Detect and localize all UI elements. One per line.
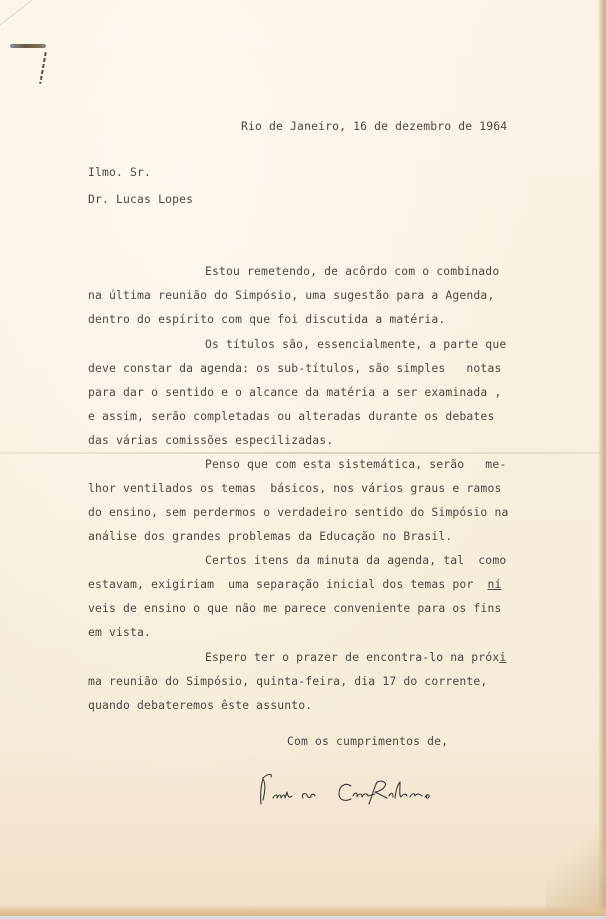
paragraph-line: das várias comissões especilizadas. bbox=[88, 433, 333, 447]
paragraph-line-with-underline: estavam, exigiriam uma separação inicial… bbox=[88, 577, 501, 591]
paragraph-line: Certos itens da minuta da agenda, tal co… bbox=[205, 553, 506, 567]
paragraph-line-text: Espero ter o prazer de encontra-lo na pr… bbox=[205, 650, 499, 664]
staple-mark-icon bbox=[10, 44, 46, 48]
paragraph-line: do ensino, sem perdermos o verdadeiro se… bbox=[88, 505, 508, 519]
letter-page: Rio de Janeiro, 16 de dezembro de 1964 I… bbox=[0, 0, 606, 919]
paragraph-line: em vista. bbox=[88, 625, 151, 639]
paragraph-line: dentro do espírito com que foi discutida… bbox=[88, 312, 445, 326]
staple-tear-icon bbox=[39, 52, 47, 84]
curled-corner bbox=[546, 809, 606, 919]
fold-crease bbox=[0, 452, 606, 454]
paragraph-line-text: estavam, exigiriam uma separação inicial… bbox=[88, 577, 487, 591]
diagonal-crease bbox=[0, 0, 91, 41]
handwritten-signature-icon bbox=[257, 770, 472, 810]
paragraph-line: deve constar da agenda: os sub-títulos, … bbox=[88, 361, 501, 375]
paragraph-line: quando debateremos êste assunto. bbox=[88, 698, 312, 712]
paragraph-line: ma reunião do Simpósio, quinta-feira, di… bbox=[88, 674, 487, 688]
paragraph-line: Estou remetendo, de acôrdo com o combina… bbox=[205, 264, 499, 278]
paragraph-line: na última reunião do Simpósio, uma suges… bbox=[88, 288, 494, 302]
underlined-fragment: ní bbox=[487, 577, 501, 591]
date-line: Rio de Janeiro, 16 de dezembro de 1964 bbox=[241, 119, 507, 133]
paragraph-line: veis de ensino o que não me parece conve… bbox=[88, 601, 501, 615]
paragraph-line: Os títulos são, essencialmente, a parte … bbox=[205, 337, 506, 351]
recipient-salutation: Ilmo. Sr. bbox=[88, 165, 151, 179]
paragraph-line: análise dos grandes problemas da Educaçã… bbox=[88, 529, 452, 543]
paragraph-line: para dar o sentido e o alcance da matéri… bbox=[88, 385, 501, 399]
underlined-fragment: i bbox=[499, 650, 506, 664]
paragraph-line-with-underline: Espero ter o prazer de encontra-lo na pr… bbox=[205, 650, 506, 664]
paragraph-line: e assim, serão completadas ou alteradas … bbox=[88, 409, 494, 423]
closing-line: Com os cumprimentos de, bbox=[287, 734, 448, 748]
recipient-name: Dr. Lucas Lopes bbox=[88, 192, 193, 206]
aged-right-edge bbox=[598, 0, 606, 919]
paragraph-line: Penso que com esta sistemática, serão me… bbox=[205, 457, 506, 471]
paragraph-line: lhor ventilados os temas básicos, nos vá… bbox=[88, 481, 501, 495]
